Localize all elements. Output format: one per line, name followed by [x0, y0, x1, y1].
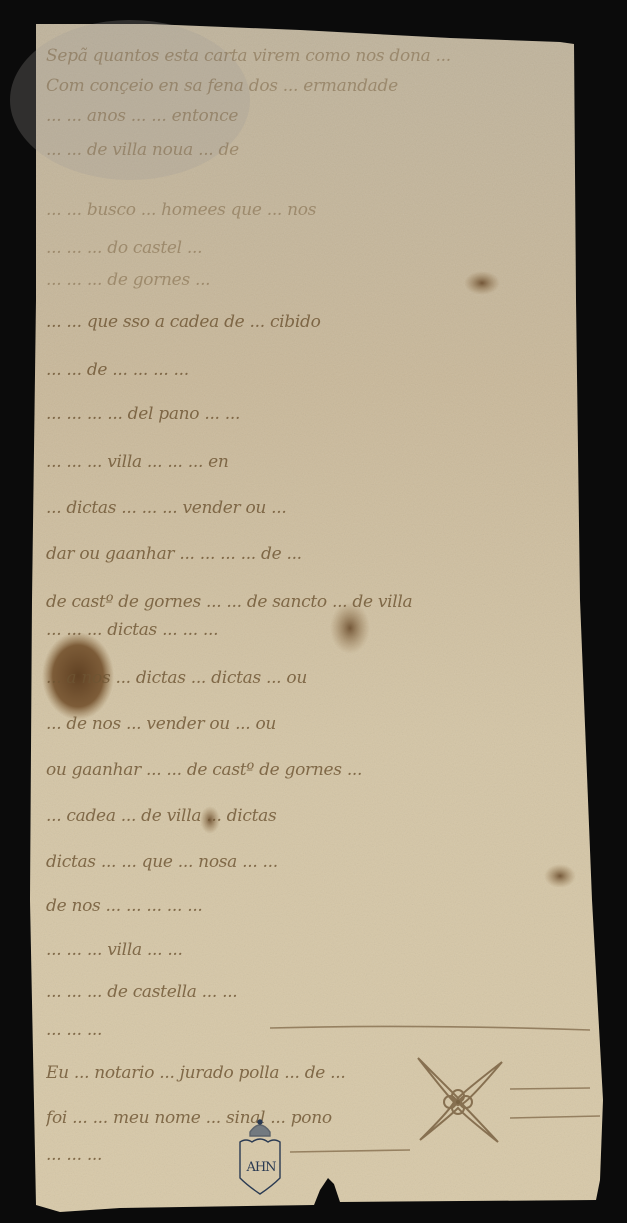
- ahn-archive-stamp-icon: [232, 1118, 288, 1198]
- notarial-signum-icon: [410, 1050, 510, 1150]
- ruling-lines: [0, 0, 627, 1223]
- stamp-label: AHN: [240, 1160, 282, 1175]
